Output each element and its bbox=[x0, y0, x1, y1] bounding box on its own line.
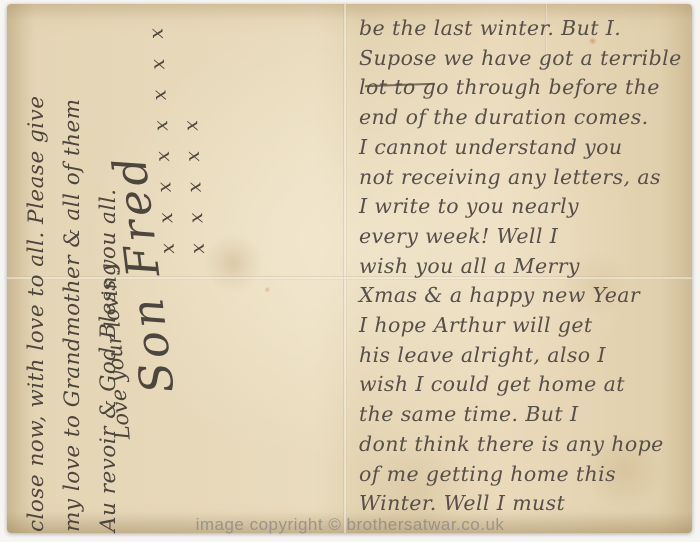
handwritten-closing-line: my love to Grandmother & all of them bbox=[55, 18, 91, 532]
handwritten-line: wish you all a Merry bbox=[359, 252, 695, 282]
copyright-watermark: image copyright © brothersatwar.co.uk bbox=[0, 515, 700, 535]
letter-paper: be the last winter. But I.Supose we have… bbox=[7, 4, 692, 533]
handwritten-line: I write to you nearly bbox=[359, 192, 695, 222]
left-page-rotated-text: close now, with love to all. Please give… bbox=[19, 18, 254, 532]
handwritten-line: I hope Arthur will get bbox=[359, 311, 695, 341]
handwritten-line: not receiving any letters, as bbox=[359, 163, 695, 193]
handwritten-line: Xmas & a happy new Year bbox=[359, 281, 695, 311]
handwritten-line: end of the duration comes. bbox=[359, 103, 695, 133]
handwritten-line: be the last winter. But I. bbox=[359, 14, 695, 44]
handwritten-line: Supose we have got a terrible bbox=[359, 44, 695, 74]
handwritten-line: lot to go through before the bbox=[359, 73, 695, 103]
handwritten-line: I cannot understand you bbox=[359, 133, 695, 163]
handwritten-line: every week! Well I bbox=[359, 222, 695, 252]
kisses-block: x x x x x x x xx x x x x bbox=[147, 21, 207, 254]
handwritten-line: his leave alright, also I bbox=[359, 341, 695, 371]
handwritten-closing-line: close now, with love to all. Please give bbox=[19, 18, 55, 532]
handwritten-line: wish I could get home at bbox=[359, 370, 695, 400]
handwritten-line: dont think there is any hope bbox=[359, 430, 695, 460]
vertical-fold-crease bbox=[343, 4, 347, 533]
handwritten-line: of me getting home this bbox=[359, 460, 695, 490]
scanned-letter-image: { "letter": { "right_page": { "lines": [… bbox=[0, 0, 700, 542]
handwritten-line: the same time. But I bbox=[359, 400, 695, 430]
right-page-text: be the last winter. But I.Supose we have… bbox=[359, 14, 695, 519]
